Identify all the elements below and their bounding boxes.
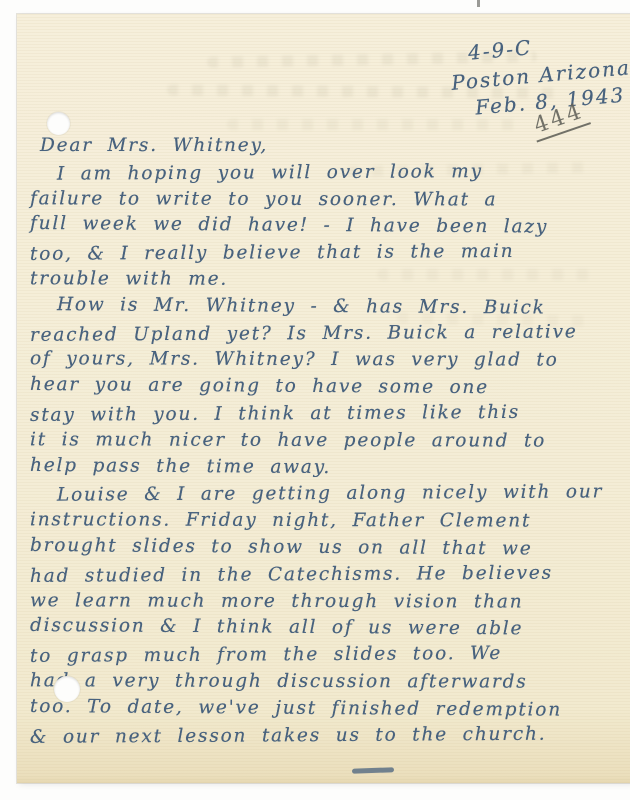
top-edge-mark <box>477 0 480 7</box>
handwritten-line: it is much nicer to have people around t… <box>30 429 626 457</box>
handwritten-line: of yours, Mrs. Whitney? I was very glad … <box>30 349 626 377</box>
handwritten-line: we learn much more through vision than <box>30 590 626 618</box>
handwritten-line: had studied in the Catechisms. He believ… <box>30 562 626 592</box>
handwritten-line: trouble with me. <box>30 268 626 296</box>
hole-punch-bottom <box>54 676 80 702</box>
bleed-through-marks <box>227 119 527 130</box>
handwritten-line: stay with you. I think at times like thi… <box>30 401 626 431</box>
handwritten-line: & our next lesson takes us to the church… <box>30 723 626 753</box>
handwritten-line: had a very through discussion afterwards <box>30 670 626 698</box>
handwritten-line: How is Mr. Whitney - & has Mrs. Buick <box>30 294 626 325</box>
cutoff-next-line-mark <box>352 767 394 773</box>
handwritten-line: hear you are going to have some one <box>30 374 626 405</box>
handwritten-line: reached Upland yet? Is Mrs. Buick a rela… <box>30 321 626 351</box>
handwritten-line: discussion & I think all of us were able <box>30 615 626 646</box>
letter-body: Dear Mrs. Whitney, I am hoping you will … <box>30 135 626 751</box>
handwritten-line: brought slides to show us on all that we <box>30 535 626 566</box>
handwritten-line: I am hoping you will over look my <box>30 160 626 190</box>
handwritten-line: to grasp much from the slides too. We <box>30 642 626 672</box>
handwritten-line: too. To date, we've just finished redemp… <box>30 696 626 727</box>
handwritten-line: Louise & I are getting along nicely with… <box>30 482 626 512</box>
letter-paper: 4-9-C Poston Arizona Feb. 8, 1943 444 De… <box>17 14 630 783</box>
handwritten-line: full week we did have! - I have been laz… <box>30 213 626 244</box>
hole-punch-top <box>47 112 70 135</box>
handwritten-line: instructions. Friday night, Father Cleme… <box>30 509 626 537</box>
heading-unit: 4-9-C <box>467 35 533 65</box>
salutation: Dear Mrs. Whitney, <box>30 135 626 162</box>
handwritten-line: too, & I really believe that is the main <box>30 240 626 270</box>
handwritten-line: failure to write to you sooner. What a <box>30 188 626 216</box>
scanned-letter: 4-9-C Poston Arizona Feb. 8, 1943 444 De… <box>0 0 630 800</box>
